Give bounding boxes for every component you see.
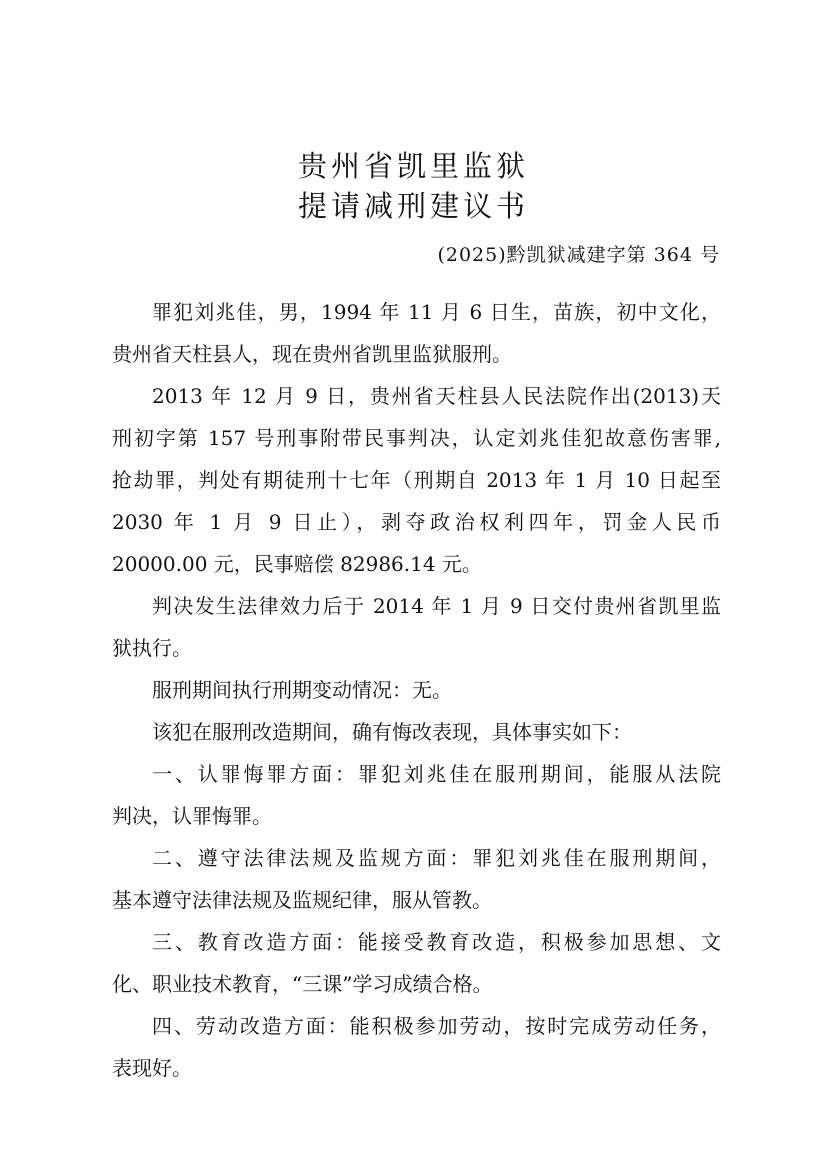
paragraph-line: 20000.00 元，民事赔偿 82986.14 元。 — [112, 549, 721, 579]
paragraph-line: 表现好。 — [112, 1053, 721, 1083]
paragraph-line: 该犯在服刑改造期间，确有悔改表现，具体事实如下： — [152, 717, 721, 747]
paragraph-line: 刑初字第 157 号刑事附带民事判决，认定刘兆佳犯故意伤害罪, — [112, 423, 721, 453]
paragraph-line: 一、认罪悔罪方面：罪犯刘兆佳在服刑期间，能服从法院 — [152, 759, 721, 789]
document-title-type: 提请减刑建议书 — [0, 188, 827, 224]
paragraph-line: 判决发生法律效力后于 2014 年 1 月 9 日交付贵州省凯里监 — [152, 591, 721, 621]
paragraph-line: 2013 年 12 月 9 日，贵州省天柱县人民法院作出(2013)天 — [152, 381, 721, 411]
paragraph-line: 抢劫罪，判处有期徒刑十七年（刑期自 2013 年 1 月 10 日起至 — [112, 465, 721, 495]
document-number: (2025)黔凯狱减建字第 364 号 — [437, 241, 720, 269]
paragraph-line: 判决，认罪悔罪。 — [112, 801, 721, 831]
paragraph-line: 化、职业技术教育，“三课”学习成绩合格。 — [112, 969, 721, 999]
paragraph-line: 二、遵守法律法规及监规方面：罪犯刘兆佳在服刑期间， — [152, 843, 721, 873]
paragraph-line: 四、劳动改造方面：能积极参加劳动，按时完成劳动任务， — [152, 1011, 721, 1041]
paragraph-line: 狱执行。 — [112, 633, 721, 663]
paragraph-line: 贵州省天柱县人，现在贵州省凯里监狱服刑。 — [112, 339, 721, 369]
paragraph-line: 服刑期间执行刑期变动情况：无。 — [152, 675, 721, 705]
document-title-institution: 贵州省凯里监狱 — [0, 148, 827, 184]
paragraph-line: 2030 年 1 月 9 日止），剥夺政治权利四年，罚金人民币 — [112, 507, 721, 537]
paragraph-line: 基本遵守法律法规及监规纪律，服从管教。 — [112, 885, 721, 915]
document-page: 贵州省凯里监狱 提请减刑建议书 (2025)黔凯狱减建字第 364 号 罪犯刘兆… — [0, 0, 827, 1169]
paragraph-line: 三、教育改造方面：能接受教育改造，积极参加思想、文 — [152, 927, 721, 957]
paragraph-line: 罪犯刘兆佳，男，1994 年 11 月 6 日生，苗族，初中文化， — [152, 297, 721, 327]
